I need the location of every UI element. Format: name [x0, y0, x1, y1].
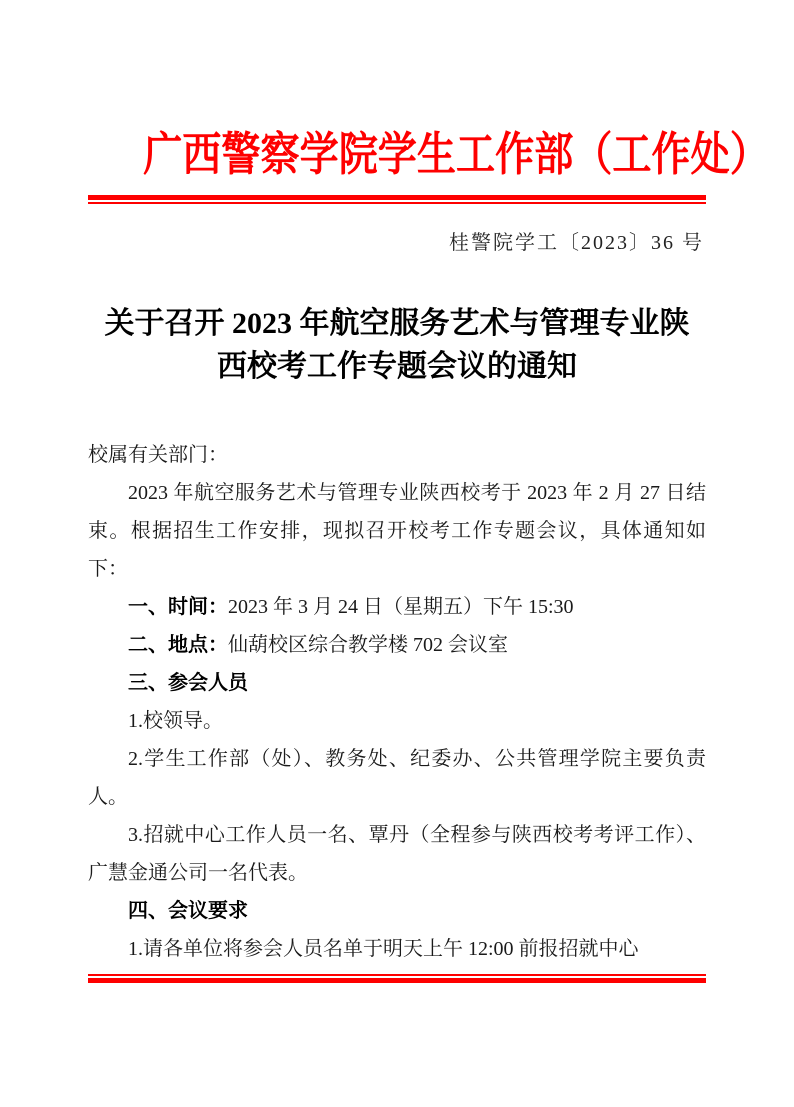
header-double-rule [88, 195, 706, 204]
org-letterhead-text: 广西警察学院学生工作部（工作处） [143, 127, 769, 183]
document-title-line2: 西校考工作专题会议的通知 [88, 345, 706, 388]
section-location-label: 二、地点： [128, 634, 228, 656]
attendee-item-1: 1.校领导。 [88, 702, 706, 740]
attendee-item-2: 2.学生工作部（处）、教务处、纪委办、公共管理学院主要负责人。 [88, 740, 706, 816]
footer-rule-thick-line [88, 978, 706, 983]
header-rule-thin-line [88, 202, 706, 204]
salutation: 校属有关部门： [88, 436, 706, 474]
document-title: 关于召开 2023 年航空服务艺术与管理专业陕 西校考工作专题会议的通知 [88, 302, 706, 388]
requirement-item-1: 1.请各单位将参会人员名单于明天上午 12:00 前报招就中心 [88, 930, 706, 968]
section-location: 二、地点：仙葫校区综合教学楼 702 会议室 [88, 626, 706, 664]
document-body: 校属有关部门： 2023 年航空服务艺术与管理专业陕西校考于 2023 年 2 … [88, 436, 706, 968]
section-attendees: 三、参会人员 [88, 664, 706, 702]
intro-paragraph: 2023 年航空服务艺术与管理专业陕西校考于 2023 年 2 月 27 日结束… [88, 474, 706, 588]
section-requirements-label: 四、会议要求 [128, 900, 248, 922]
section-requirements: 四、会议要求 [88, 892, 706, 930]
document-page: 广西警察学院学生工作部（工作处） 桂警院学工〔2023〕36 号 关于召开 20… [0, 0, 794, 1107]
org-letterhead: 广西警察学院学生工作部（工作处） [88, 0, 706, 183]
attendee-item-3: 3.招就中心工作人员一名、覃丹（全程参与陕西校考考评工作）、广慧金通公司一名代表… [88, 816, 706, 892]
section-attendees-label: 三、参会人员 [128, 672, 248, 694]
section-time-label: 一、时间： [128, 596, 228, 618]
document-title-line1: 关于召开 2023 年航空服务艺术与管理专业陕 [88, 302, 706, 345]
doc-number: 桂警院学工〔2023〕36 号 [88, 230, 706, 256]
section-location-value: 仙葫校区综合教学楼 702 会议室 [228, 634, 508, 656]
section-time-value: 2023 年 3 月 24 日（星期五）下午 15:30 [228, 596, 574, 618]
footer-double-rule [88, 974, 706, 983]
section-time: 一、时间：2023 年 3 月 24 日（星期五）下午 15:30 [88, 588, 706, 626]
